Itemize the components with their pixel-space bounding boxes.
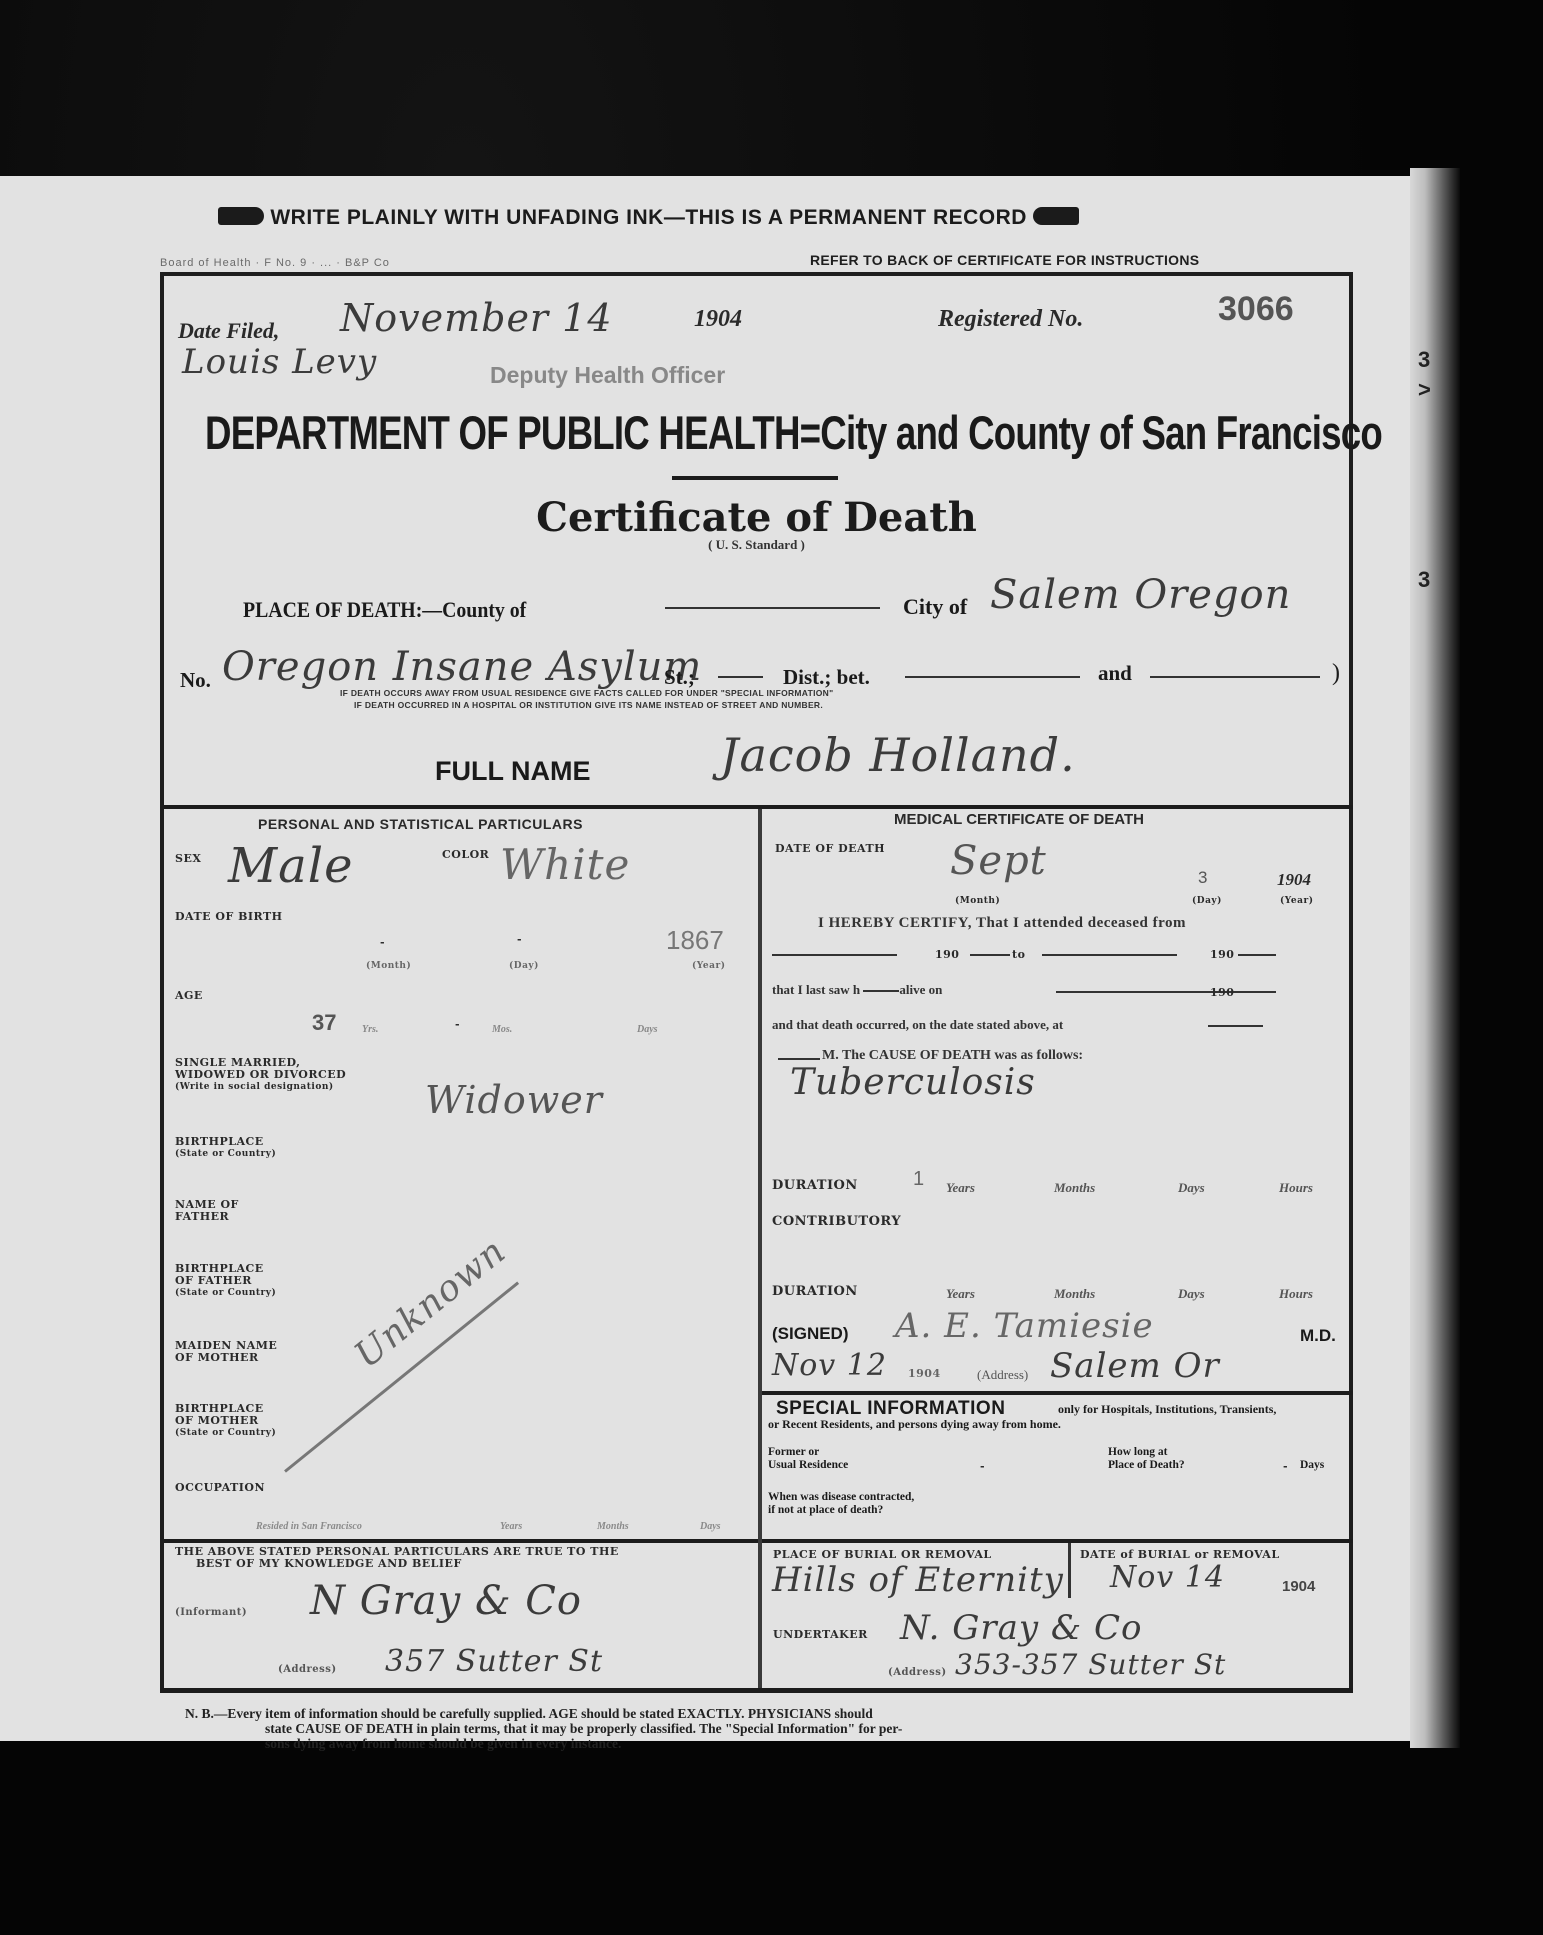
yrs-caption: Yrs. bbox=[362, 1024, 378, 1035]
dob-day: - bbox=[517, 934, 522, 946]
certificate-frame bbox=[160, 272, 1353, 1692]
blank bbox=[863, 990, 899, 992]
days-caption: Days bbox=[1178, 1180, 1205, 1196]
full-name-value: Jacob Holland. bbox=[720, 728, 1076, 782]
printer-mark: Board of Health · F No. 9 · ... · B&P Co bbox=[160, 257, 390, 269]
pointing-hand-icon bbox=[218, 207, 264, 225]
hours-caption: Hours bbox=[1279, 1180, 1313, 1196]
column-divider bbox=[758, 809, 762, 1692]
blank bbox=[1238, 954, 1276, 956]
footnote-line: state CAUSE OF DEATH in plain terms, tha… bbox=[185, 1721, 902, 1736]
and-label: and bbox=[1098, 661, 1132, 686]
street-no-value: Oregon Insane Asylum bbox=[222, 644, 702, 690]
dob-label: DATE OF BIRTH bbox=[175, 911, 283, 923]
street-blank bbox=[718, 676, 763, 678]
officer-title: Deputy Health Officer bbox=[490, 362, 725, 389]
label-line: When was disease contracted, bbox=[768, 1491, 914, 1504]
year-prefix: 190 bbox=[1210, 987, 1234, 999]
sign-year: 1904 bbox=[908, 1368, 941, 1380]
date-of-death-label: DATE OF DEATH bbox=[775, 843, 885, 855]
last-saw-text: that I last saw h bbox=[772, 982, 860, 997]
father-name-label: NAME OF FATHER bbox=[175, 1199, 239, 1223]
banner-text: WRITE PLAINLY WITH UNFADING INK—THIS IS … bbox=[270, 206, 1027, 229]
place-of-death-label: PLACE OF DEATH:—County of bbox=[243, 597, 526, 623]
months-caption: Months bbox=[1054, 1180, 1095, 1196]
physician-signature: A. E. Tamiesie bbox=[895, 1306, 1154, 1346]
physician-address: Salem Or bbox=[1050, 1346, 1220, 1386]
full-name-label: FULL NAME bbox=[435, 756, 591, 787]
years-caption: Years bbox=[946, 1180, 975, 1196]
marital-label-line: (Write in social designation) bbox=[175, 1081, 346, 1093]
marital-label: SINGLE MARRIED, WIDOWED OR DIVORCED (Wri… bbox=[175, 1057, 346, 1093]
day-caption: (Day) bbox=[509, 960, 539, 972]
street-label: St.; bbox=[664, 665, 695, 690]
blank bbox=[778, 1058, 820, 1060]
cause-of-death: Tuberculosis bbox=[790, 1062, 1036, 1103]
edge-mark: > bbox=[1418, 375, 1438, 405]
days-label: Days bbox=[1300, 1459, 1324, 1471]
day-caption: (Day) bbox=[1192, 895, 1222, 907]
label-line: (State or Country) bbox=[175, 1148, 276, 1160]
label-line: FATHER bbox=[175, 1211, 239, 1223]
label-line: BIRTHPLACE bbox=[175, 1136, 276, 1148]
header-banner: WRITE PLAINLY WITH UNFADING INK—THIS IS … bbox=[218, 206, 1079, 230]
how-long-value: - bbox=[1283, 1461, 1288, 1473]
informant-label: (Informant) bbox=[175, 1607, 247, 1619]
personal-heading: PERSONAL AND STATISTICAL PARTICULARS bbox=[258, 816, 583, 832]
and-blank bbox=[1150, 676, 1320, 678]
label-line: Former or bbox=[768, 1446, 848, 1459]
last-saw-label: that I last saw h alive on bbox=[772, 982, 942, 998]
county-blank bbox=[665, 607, 880, 609]
alive-on-text: alive on bbox=[899, 982, 942, 997]
blank bbox=[970, 954, 1010, 956]
year-prefix: 190 bbox=[935, 949, 959, 961]
dob-year: 1867 bbox=[666, 925, 724, 956]
blank bbox=[1042, 954, 1177, 956]
color-value: White bbox=[500, 840, 630, 889]
city-label: City of bbox=[903, 594, 967, 620]
edge-mark: 3 bbox=[1418, 345, 1438, 375]
district-blank bbox=[905, 676, 1080, 678]
city-value: Salem Oregon bbox=[990, 572, 1291, 618]
certificate-title: Certificate of Death bbox=[0, 494, 1513, 541]
district-label: Dist.; bet. bbox=[783, 665, 870, 690]
label-line: (State or Country) bbox=[175, 1427, 276, 1439]
death-day: 3 bbox=[1198, 868, 1207, 888]
duration-label: DURATION bbox=[772, 1286, 858, 1298]
footnote-line: N. B.—Every item of information should b… bbox=[185, 1706, 902, 1721]
sex-label: SEX bbox=[175, 853, 201, 865]
sign-date: Nov 12 bbox=[772, 1348, 887, 1383]
registered-number: 3066 bbox=[1218, 290, 1294, 329]
bottom-rule bbox=[160, 1688, 1353, 1693]
informant-rule bbox=[164, 1539, 758, 1543]
sex-value: Male bbox=[228, 838, 354, 894]
edge-marks: 3 > 3 bbox=[1418, 345, 1438, 595]
filed-year: 1904 bbox=[694, 306, 742, 333]
burial-place: Hills of Eternity bbox=[772, 1560, 1064, 1600]
department-title: DEPARTMENT OF PUBLIC HEALTH=City and Cou… bbox=[205, 405, 1382, 460]
label-line: (State or Country) bbox=[175, 1287, 276, 1299]
street-no-label: No. bbox=[180, 668, 211, 693]
footnote: N. B.—Every item of information should b… bbox=[185, 1706, 902, 1751]
death-year: 1904 bbox=[1277, 870, 1311, 890]
informant-statement: BEST OF MY KNOWLEDGE AND BELIEF bbox=[196, 1558, 462, 1570]
days-caption: Days bbox=[1178, 1286, 1205, 1302]
years-caption: Years bbox=[946, 1286, 975, 1302]
undertaker-address: 353-357 Sutter St bbox=[955, 1648, 1226, 1681]
contracted-label: When was disease contracted, if not at p… bbox=[768, 1491, 914, 1517]
burial-rule bbox=[762, 1539, 1353, 1543]
special-heading-note: or Recent Residents, and persons dying a… bbox=[768, 1417, 1061, 1432]
mother-name-label: MAIDEN NAME OF MOTHER bbox=[175, 1340, 277, 1364]
color-label: COLOR bbox=[442, 849, 489, 861]
undertaker-address-label: (Address) bbox=[888, 1667, 947, 1679]
former-residence-label: Former or Usual Residence bbox=[768, 1446, 848, 1472]
signed-label: (SIGNED) bbox=[772, 1324, 849, 1344]
special-heading-note: only for Hospitals, Institutions, Transi… bbox=[1058, 1402, 1276, 1417]
occurred-line: and that death occurred, on the date sta… bbox=[772, 1017, 1063, 1033]
days-caption: Days bbox=[637, 1024, 658, 1035]
certificate-subtitle: ( U. S. Standard ) bbox=[0, 537, 1513, 553]
special-rule bbox=[762, 1391, 1353, 1395]
resided-label: Resided in San Francisco bbox=[256, 1521, 362, 1532]
informant-address: 357 Sutter St bbox=[385, 1644, 603, 1679]
instructions-note: REFER TO BACK OF CERTIFICATE FOR INSTRUC… bbox=[810, 252, 1199, 268]
resided-months: Months bbox=[597, 1521, 629, 1532]
label-line: Usual Residence bbox=[768, 1459, 848, 1472]
undertaker-name: N. Gray & Co bbox=[900, 1608, 1142, 1648]
blank bbox=[1208, 1025, 1263, 1027]
place-note-2: IF DEATH OCCURRED IN A HOSPITAL OR INSTI… bbox=[354, 700, 823, 710]
blank bbox=[1238, 991, 1276, 993]
date-filed-label: Date Filed, bbox=[178, 318, 279, 344]
label-line: Place of Death? bbox=[1108, 1459, 1185, 1472]
hours-caption: Hours bbox=[1279, 1286, 1313, 1302]
undertaker-label: UNDERTAKER bbox=[773, 1629, 868, 1641]
duration-value: 1 bbox=[913, 1168, 924, 1191]
informant-name: N Gray & Co bbox=[310, 1578, 582, 1624]
label-line: OF MOTHER bbox=[175, 1352, 277, 1364]
year-caption: (Year) bbox=[1280, 895, 1313, 907]
mos-caption: Mos. bbox=[492, 1024, 512, 1035]
marital-label-line: WIDOWED OR DIVORCED bbox=[175, 1069, 346, 1081]
mother-birthplace-label: BIRTHPLACE OF MOTHER (State or Country) bbox=[175, 1403, 276, 1439]
resided-days: Days bbox=[700, 1521, 721, 1532]
age-years: 37 bbox=[312, 1010, 336, 1036]
pointing-hand-icon bbox=[1033, 207, 1079, 225]
birthplace-label: BIRTHPLACE (State or Country) bbox=[175, 1136, 276, 1160]
month-caption: (Month) bbox=[366, 960, 411, 972]
duration-label: DURATION bbox=[772, 1180, 858, 1192]
footnote-line: sons dying away from home should be give… bbox=[185, 1736, 902, 1751]
contributory-label: CONTRIBUTORY bbox=[772, 1216, 901, 1228]
death-month: Sept bbox=[950, 838, 1047, 884]
registered-label: Registered No. bbox=[938, 306, 1083, 333]
former-residence-value: - bbox=[980, 1461, 985, 1473]
blank bbox=[772, 954, 897, 956]
marital-value: Widower bbox=[425, 1078, 603, 1122]
burial-year: 1904 bbox=[1282, 1578, 1315, 1595]
burial-divider bbox=[1068, 1543, 1071, 1598]
burial-date: Nov 14 bbox=[1110, 1560, 1225, 1595]
informant-address-label: (Address) bbox=[278, 1664, 337, 1676]
year-prefix: 190 bbox=[1210, 949, 1234, 961]
age-months: - bbox=[455, 1019, 460, 1031]
month-caption: (Month) bbox=[955, 895, 1000, 907]
certify-line: I HEREBY CERTIFY, That I attended deceas… bbox=[818, 915, 1186, 932]
label-line: if not at place of death? bbox=[768, 1504, 914, 1517]
dob-month: - bbox=[380, 937, 385, 949]
age-label: AGE bbox=[175, 990, 203, 1002]
occupation-label: OCCUPATION bbox=[175, 1482, 265, 1494]
paren-close: ) bbox=[1332, 660, 1340, 687]
label-line: OF FATHER bbox=[175, 1275, 276, 1287]
label-line: OF MOTHER bbox=[175, 1415, 276, 1427]
label-line: How long at bbox=[1108, 1446, 1185, 1459]
officer-signature: Louis Levy bbox=[182, 342, 377, 382]
md-label: M.D. bbox=[1300, 1326, 1336, 1346]
year-caption: (Year) bbox=[692, 960, 725, 972]
father-birthplace-label: BIRTHPLACE OF FATHER (State or Country) bbox=[175, 1263, 276, 1299]
to-label: to bbox=[1012, 949, 1025, 961]
months-caption: Months bbox=[1054, 1286, 1095, 1302]
edge-mark: 3 bbox=[1418, 565, 1438, 595]
physician-address-label: (Address) bbox=[977, 1367, 1028, 1383]
resided-years: Years bbox=[500, 1521, 522, 1532]
title-rule bbox=[672, 476, 838, 480]
place-note-1: IF DEATH OCCURS AWAY FROM USUAL RESIDENC… bbox=[340, 688, 833, 698]
medical-heading: MEDICAL CERTIFICATE OF DEATH bbox=[894, 811, 1144, 828]
date-filed-value: November 14 bbox=[340, 296, 613, 340]
how-long-label: How long at Place of Death? bbox=[1108, 1446, 1185, 1472]
